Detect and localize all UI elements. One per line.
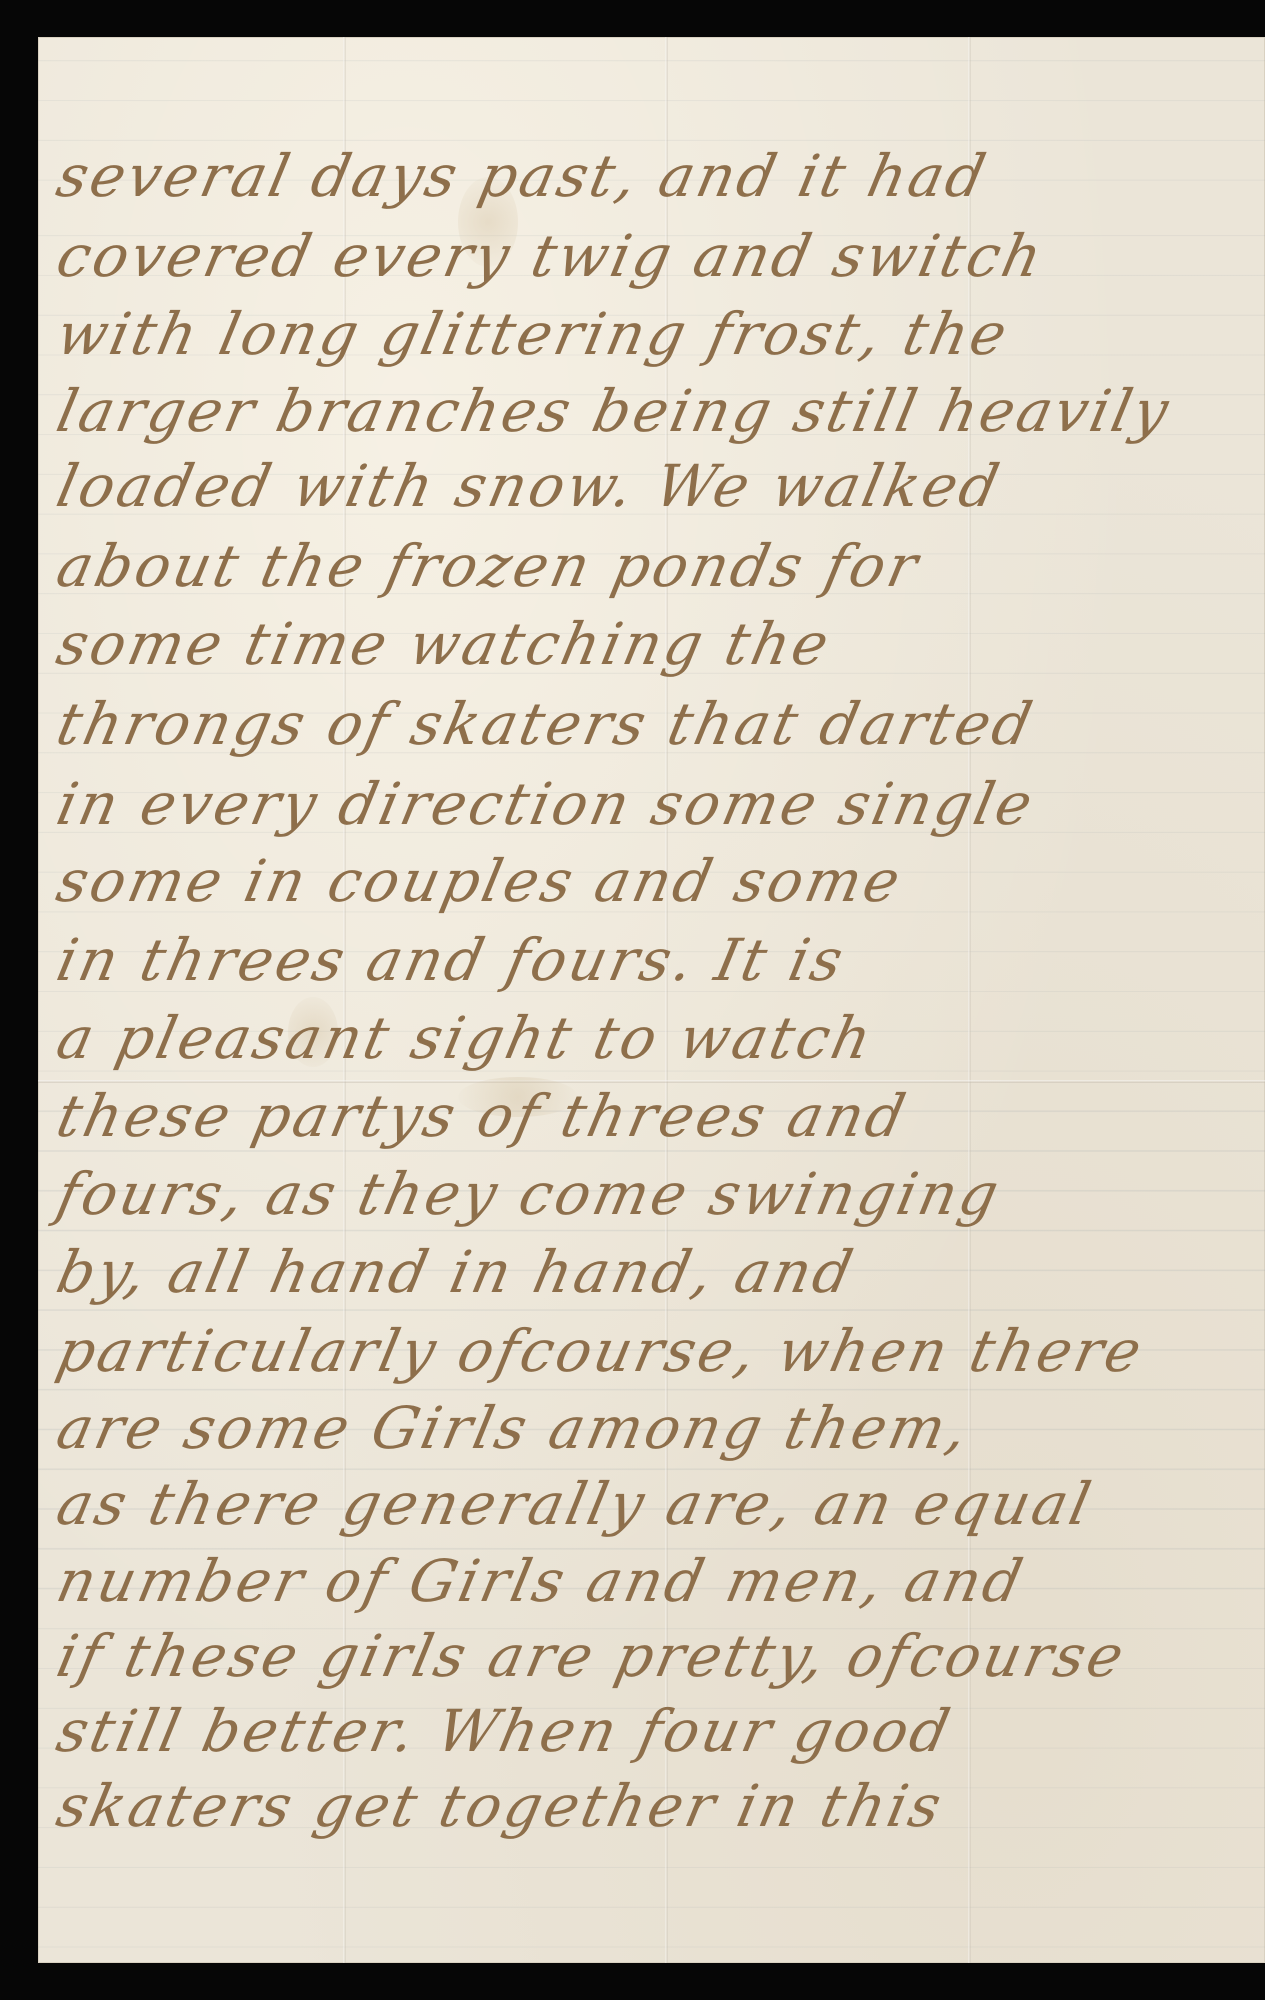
text-line: larger branches being still heavily xyxy=(50,372,1178,450)
text-line: particularly ofcourse, when there xyxy=(50,1312,1151,1390)
text-line: if these girls are pretty, ofcourse xyxy=(50,1617,1133,1695)
text-line: in every direction some single xyxy=(50,765,1042,843)
text-line: number of Girls and men, and xyxy=(50,1542,1032,1620)
text-line: some time watching the xyxy=(50,605,838,683)
text-line: still better. When four good xyxy=(50,1692,959,1770)
text-line: covered every twig and switch xyxy=(50,217,1052,295)
text-line: as there generally are, an equal xyxy=(50,1465,1100,1543)
text-line: throngs of skaters that darted xyxy=(50,685,1042,763)
text-line: fours, as they come swinging xyxy=(50,1155,1008,1233)
text-line: a pleasant sight to watch xyxy=(50,999,881,1077)
text-line: about the frozen ponds for xyxy=(50,527,927,605)
text-line: loaded with snow. We walked xyxy=(50,447,1009,525)
text-line: are some Girls among them, xyxy=(50,1389,977,1467)
handwritten-text: several days past, and it had covered ev… xyxy=(38,37,1265,1963)
text-line: some in couples and some xyxy=(50,842,910,920)
text-line: these partys of threes and xyxy=(50,1077,915,1155)
text-line: with long glittering frost, the xyxy=(50,295,1017,373)
text-line: in threes and fours. It is xyxy=(50,921,853,999)
text-line: skaters get together in this xyxy=(50,1767,951,1845)
letter-page: several days past, and it had covered ev… xyxy=(38,37,1265,1963)
text-line: by, all hand in hand, and xyxy=(50,1233,862,1311)
text-line: several days past, and it had xyxy=(50,137,995,215)
